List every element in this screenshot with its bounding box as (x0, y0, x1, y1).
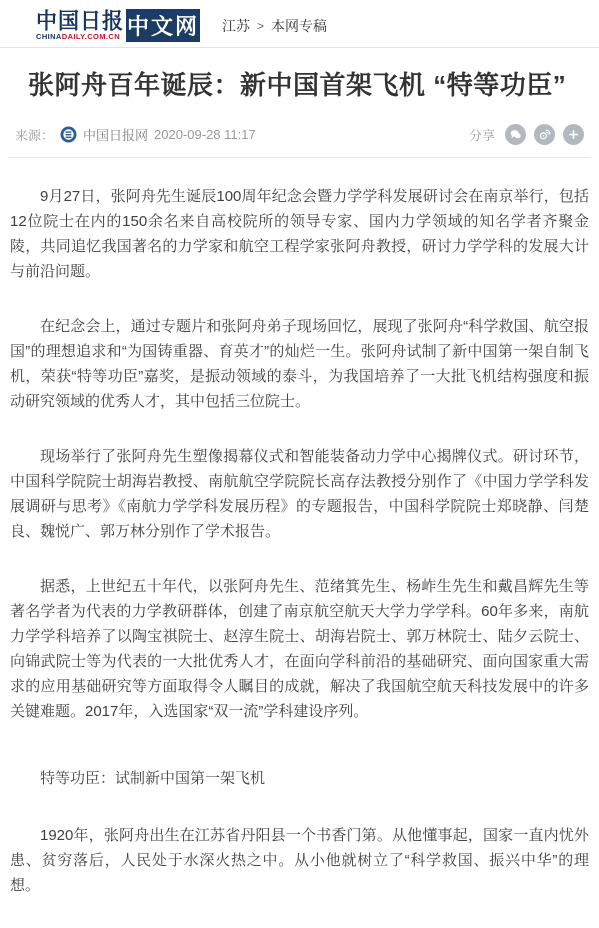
source-name: 中国日报网 (83, 125, 148, 144)
chinadaily-emblem-icon (60, 126, 77, 143)
paragraph-5: 1920年，张阿舟出生在江苏省丹阳县一个书香门第。从他懂事起，国家一直内忧外患、… (10, 823, 589, 898)
article-meta-row: 来源： 中国日报网 2020-09-28 11:17 分享 (15, 124, 584, 145)
article-title: 张阿舟百年诞辰：新中国首架飞机 “特等功臣” (28, 68, 571, 102)
meta-divider (8, 157, 591, 158)
breadcrumb-separator: > (257, 19, 264, 33)
share-label: 分享 (469, 125, 495, 144)
paragraph-1: 9月27日，张阿舟先生诞辰100周年纪念会暨力学学科发展研讨会在南京举行，包括1… (10, 184, 589, 284)
article-body: 9月27日，张阿舟先生诞辰100周年纪念会暨力学学科发展研讨会在南京举行，包括1… (10, 184, 589, 898)
chinadaily-logo[interactable]: 中国日报 CHINADAILY.COM.CN 中文网 (36, 6, 200, 42)
article-source: 来源： 中国日报网 2020-09-28 11:17 (15, 125, 256, 144)
article: 张阿舟百年诞辰：新中国首架飞机 “特等功臣” 来源： 中国日报网 2020-09… (0, 68, 599, 898)
weibo-share-icon[interactable] (534, 124, 555, 145)
site-header: 中国日报 CHINADAILY.COM.CN 中文网 江苏 > 本网专稿 (0, 0, 599, 48)
source-label: 来源： (15, 125, 54, 144)
chinadaily-logo-cn: 中国日报 CHINADAILY.COM.CN (36, 10, 124, 41)
page: 中国日报 CHINADAILY.COM.CN 中文网 江苏 > 本网专稿 张阿舟… (0, 0, 599, 928)
section-subheading: 特等功臣：试制新中国第一架飞机 (10, 766, 589, 791)
breadcrumb: 江苏 > 本网专稿 (222, 16, 327, 36)
breadcrumb-section-jiangsu[interactable]: 江苏 (222, 16, 250, 36)
more-share-icon[interactable] (563, 124, 584, 145)
chinese-site-badge[interactable]: 中文网 (126, 9, 200, 42)
share-bar: 分享 (469, 124, 584, 145)
breadcrumb-current-page: 本网专稿 (271, 16, 327, 36)
wechat-share-icon[interactable] (505, 124, 526, 145)
paragraph-4: 据悉，上世纪五十年代，以张阿舟先生、范绪箕先生、杨岞生先生和戴昌辉先生等著名学者… (10, 574, 589, 724)
paragraph-2: 在纪念会上，通过专题片和张阿舟弟子现场回忆，展现了张阿舟“科学救国、航空报国”的… (10, 314, 589, 414)
paragraph-3: 现场举行了张阿舟先生塑像揭幕仪式和智能装备动力学中心揭牌仪式。研讨环节，中国科学… (10, 444, 589, 544)
chinadaily-logo-calligraphy: 中国日报 (36, 9, 124, 32)
publish-datetime: 2020-09-28 11:17 (154, 127, 256, 142)
